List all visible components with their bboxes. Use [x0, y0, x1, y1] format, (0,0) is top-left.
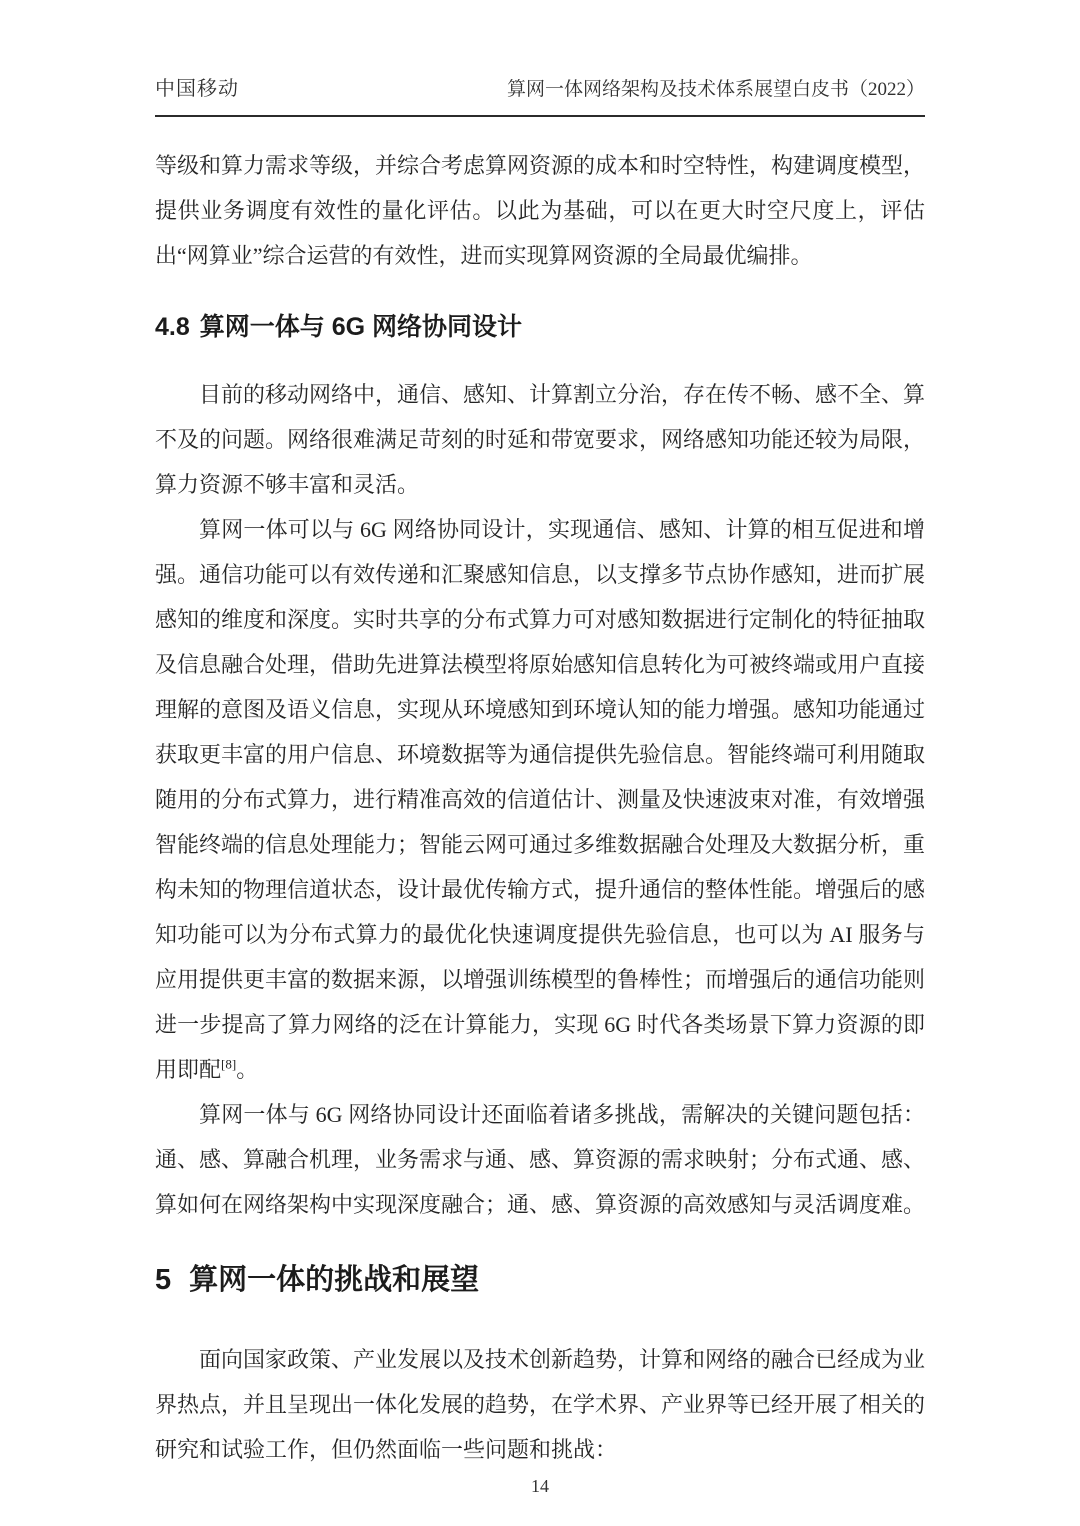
header-document-title: 算网一体网络架构及技术体系展望白皮书（2022） — [507, 74, 925, 101]
paragraph-scheduling-continued: 等级和算力需求等级，并综合考虑算网资源的成本和时空特性，构建调度模型，提供业务调… — [155, 143, 925, 278]
paragraph-6g-codesign: 算网一体可以与 6G 网络协同设计，实现通信、感知、计算的相互促进和增强。通信功… — [155, 507, 925, 1092]
page-number: 14 — [531, 1476, 549, 1496]
section-number: 5 — [155, 1264, 171, 1296]
citation-ref-8: [8] — [221, 1057, 236, 1072]
page-content-area: 中国移动 算网一体网络架构及技术体系展望白皮书（2022） 等级和算力需求等级，… — [0, 0, 1080, 1498]
paragraph-6g-codesign-period: 。 — [236, 1057, 258, 1082]
paragraph-outlook-intro: 面向国家政策、产业发展以及技术创新趋势，计算和网络的融合已经成为业界热点，并且呈… — [155, 1337, 925, 1472]
paragraph-current-network-problems: 目前的移动网络中，通信、感知、计算割立分治，存在传不畅、感不全、算不及的问题。网… — [155, 372, 925, 507]
page-header: 中国移动 算网一体网络架构及技术体系展望白皮书（2022） — [155, 0, 925, 117]
document-body: 等级和算力需求等级，并综合考虑算网资源的成本和时空特性，构建调度模型，提供业务调… — [155, 143, 925, 1472]
document-page: 中国移动 算网一体网络架构及技术体系展望白皮书（2022） 等级和算力需求等级，… — [0, 0, 1080, 1526]
section-number: 4.8 — [155, 313, 190, 341]
section-heading-4-8: 4.8算网一体与 6G 网络协同设计 — [155, 310, 925, 344]
paragraph-6g-challenges: 算网一体与 6G 网络协同设计还面临着诸多挑战，需解决的关键问题包括：通、感、算… — [155, 1092, 925, 1227]
section-title: 算网一体与 6G 网络协同设计 — [200, 313, 522, 341]
section-title: 算网一体的挑战和展望 — [189, 1264, 479, 1296]
section-heading-5: 5算网一体的挑战和展望 — [155, 1259, 925, 1301]
paragraph-6g-codesign-text: 算网一体可以与 6G 网络协同设计，实现通信、感知、计算的相互促进和增强。通信功… — [155, 517, 925, 1082]
header-brand: 中国移动 — [155, 72, 239, 101]
page-footer: 14 — [155, 1474, 925, 1498]
